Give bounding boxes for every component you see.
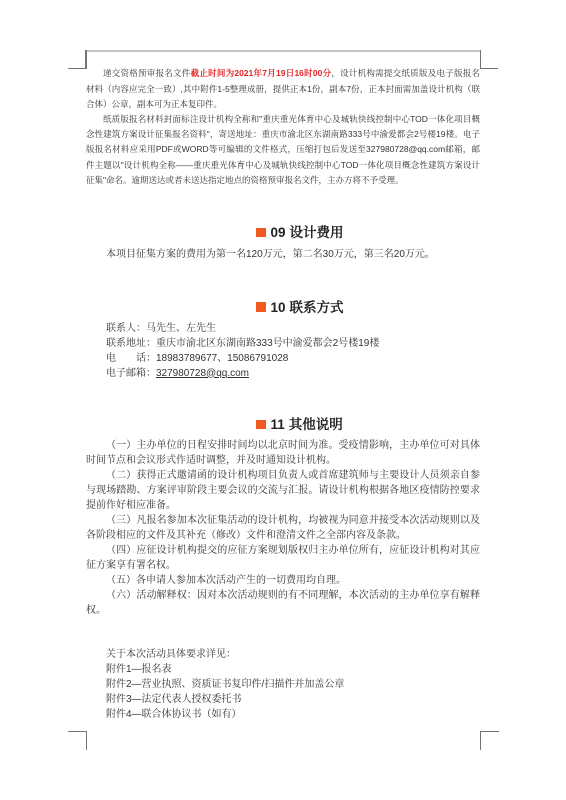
paragraph-line: 版报名材料应采用PDF或WORD等可编辑的文件格式，压缩打包后发送至327980… — [86, 142, 480, 157]
note-line: （二）获得正式邀请函的设计机构项目负责人或首席建筑师与主要设计人员须亲自参 — [86, 468, 480, 483]
contact-label: 电 话： — [106, 353, 156, 364]
contact-value: 马先生、左先生 — [146, 323, 216, 334]
contact-phone: 电 话：18983789677、15086791028 — [106, 351, 379, 366]
paragraph-line: 征集"命名。逾期送达或者未送达指定地点的资格预审报名文件，主办方将不予受理。 — [86, 173, 480, 188]
contact-list: 联系人：马先生、左先生 联系地址：重庆市渝北区东湖南路333号中渝爱都会2号楼1… — [106, 321, 379, 381]
fee-text: 本项目征集方案的费用为第一名120万元，第二名30万元，第三名20万元。 — [106, 247, 435, 262]
paragraph-line: 纸质版报名材料封面标注设计机构全称和"重庆重光体育中心及城轨快线控制中心TOD一… — [86, 112, 480, 127]
section-number: 10 — [271, 299, 286, 316]
contact-label: 联系人： — [106, 323, 146, 334]
deadline-lead-text: 递交资格预审报名文件 — [103, 68, 191, 78]
attachments-list: 关于本次活动具体要求详见： 附件1—报名表 附件2—营业执照、资质证书复印件/扫… — [106, 647, 344, 722]
attachment-item: 附件4—联合体协议书（如有） — [106, 707, 344, 722]
contact-value: 重庆市渝北区东湖南路333号中渝爱都会2号楼19楼 — [156, 338, 379, 349]
submission-instructions: 递交资格预审报名文件截止时间为2021年7月19日16时00分，设计机构需提交纸… — [86, 66, 480, 188]
deadline-trail-text: ，设计机构需提交纸质版及电子版报名 — [331, 68, 480, 78]
contact-label: 联系地址： — [106, 338, 156, 349]
crop-mark-top-right-horizontal — [480, 68, 499, 70]
paragraph-line: 件主题以"设计机构全称——重庆重光体育中心及城轨快线控制中心TOD一体化项目概念… — [86, 158, 480, 173]
note-line: 权。 — [86, 603, 480, 618]
attachments-intro: 关于本次活动具体要求详见： — [106, 647, 344, 662]
paragraph-line: 合体）公章，副本可为正本复印件。 — [86, 97, 480, 112]
paragraph-line: 念性建筑方案设计征集报名资料"，寄送地址：重庆市渝北区东湖南路333号中渝爱都会… — [86, 127, 480, 142]
note-line: 时间节点和会议形式作适时调整，并及时通知设计机构。 — [86, 453, 480, 468]
email-link[interactable]: 327980728@qq.com — [156, 368, 249, 379]
note-line: （一）主办单位的日程安排时间均以北京时间为准。受疫情影响，主办单位可对具体 — [86, 438, 480, 453]
section-title: 联系方式 — [290, 299, 344, 316]
square-bullet-icon — [256, 302, 266, 312]
contact-label: 电子邮箱： — [106, 368, 156, 379]
crop-mark-bottom-right-horizontal — [480, 731, 499, 733]
crop-mark-bottom-left-horizontal — [68, 731, 87, 733]
paragraph-line: 递交资格预审报名文件截止时间为2021年7月19日16时00分，设计机构需提交纸… — [86, 66, 480, 81]
section-heading-contact: 10 联系方式 — [256, 299, 344, 316]
contact-address: 联系地址：重庆市渝北区东湖南路333号中渝爱都会2号楼19楼 — [106, 336, 379, 351]
note-line: （六）活动解释权：因对本次活动规则的有不同理解，本次活动的主办单位享有解释 — [86, 588, 480, 603]
crop-mark-bottom-right-vertical — [480, 731, 482, 750]
document-page: 递交资格预审报名文件截止时间为2021年7月19日16时00分，设计机构需提交纸… — [0, 0, 566, 800]
crop-mark-bottom-left-vertical — [86, 731, 88, 750]
note-line: （五）各申请人参加本次活动产生的一切费用均自理。 — [86, 573, 480, 588]
contact-email: 电子邮箱：327980728@qq.com — [106, 366, 379, 381]
crop-mark-top-left-horizontal — [68, 68, 87, 70]
attachment-item: 附件2—营业执照、资质证书复印件/扫描件并加盖公章 — [106, 677, 344, 692]
paragraph-line: 材料（内容应完全一致）,其中附件1-5整理成册，提供正本1份，副本7份，正本封面… — [86, 82, 480, 97]
square-bullet-icon — [256, 420, 266, 430]
contact-value: 18983789677、15086791028 — [156, 353, 288, 364]
design-fee-body: 本项目征集方案的费用为第一名120万元，第二名30万元，第三名20万元。 — [106, 247, 435, 262]
note-line: 与现场踏勘、方案评审阶段主要会议的交流与汇报。请设计机构根据各地区疫情防控要求 — [86, 483, 480, 498]
square-bullet-icon — [256, 228, 266, 238]
note-line: （四）应征设计机构提交的应征方案规划版权归主办单位所有，应征设计机构对其应 — [86, 543, 480, 558]
section-heading-design-fee: 09 设计费用 — [256, 224, 344, 241]
other-notes-list: （一）主办单位的日程安排时间均以北京时间为准。受疫情影响，主办单位可对具体 时间… — [86, 438, 480, 618]
note-line: 征方案享有署名权。 — [86, 558, 480, 573]
attachment-item: 附件1—报名表 — [106, 662, 344, 677]
section-heading-other-notes: 11 其他说明 — [256, 416, 343, 433]
section-title: 设计费用 — [290, 224, 344, 241]
header-rule — [85, 50, 481, 52]
note-line: 各阶段相应的文件及其补充（修改）文件和澄清文件之全部内容及条款。 — [86, 528, 480, 543]
attachment-item: 附件3—法定代表人授权委托书 — [106, 692, 344, 707]
contact-person: 联系人：马先生、左先生 — [106, 321, 379, 336]
note-line: 提前作好相应准备。 — [86, 498, 480, 513]
note-line: （三）凡报名参加本次征集活动的设计机构，均被视为同意并接受本次活动规则以及 — [86, 513, 480, 528]
section-number: 11 — [271, 416, 285, 433]
section-title: 其他说明 — [289, 416, 343, 433]
deadline-highlight: 截止时间为2021年7月19日16时00分 — [191, 68, 332, 78]
section-number: 09 — [271, 224, 286, 241]
